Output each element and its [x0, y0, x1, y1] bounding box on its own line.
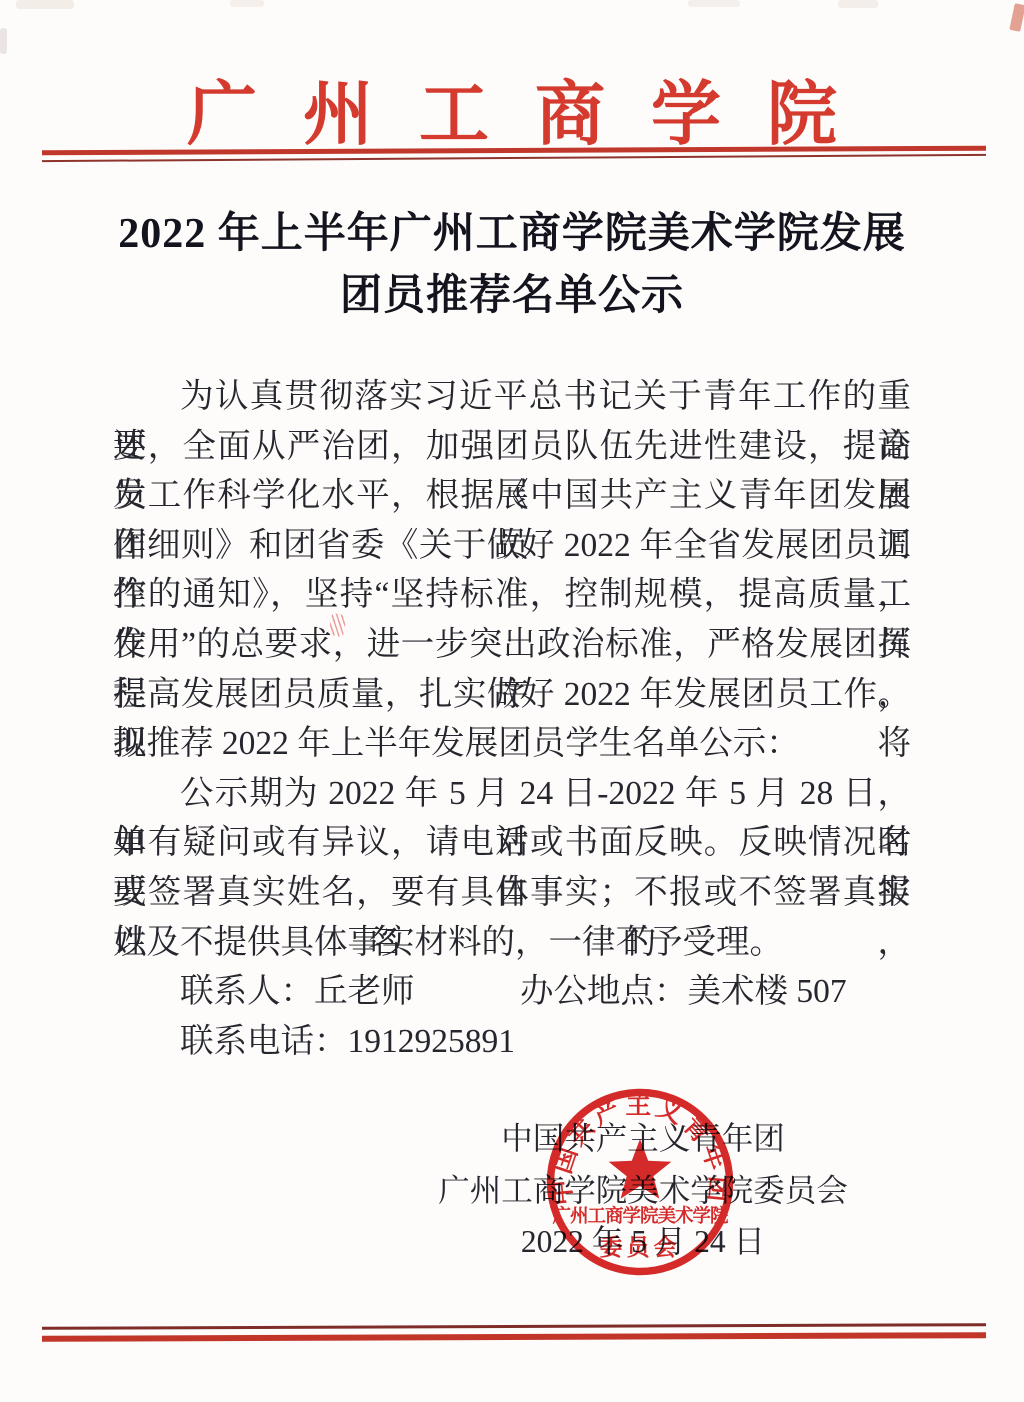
scan-smudge	[838, 0, 878, 8]
official-seal: 中国共产主义青年团 广州工商学院美术学院 委员会	[540, 1082, 740, 1282]
body-line: 员工作科学化水平，根据《中国共产主义青年团发展团员工	[113, 471, 911, 521]
contact-person: 联系人：丘老师	[180, 973, 415, 1010]
body-line: 作细则》和团省委《关于做好 2022 年全省发展团员调控工	[113, 521, 911, 571]
body-line: 提高发展团员质量，扎实做好 2022 年发展团员工作。现将	[113, 670, 911, 720]
scan-smudge	[230, 0, 264, 7]
seal-org-text: 广州工商学院美术学院	[552, 1205, 729, 1227]
contact-line-1: 联系人：丘老师 办公地点：美术楼 507	[113, 967, 911, 1017]
seal-org-text2: 委员会	[600, 1234, 681, 1260]
body-line: 述，全面从严治团，加强团员队伍先进性建设，提高发展团	[113, 422, 911, 472]
body-line: 公示期为 2022 年 5 月 24 日-2022 年 5 月 28 日，如对名	[113, 769, 911, 819]
document-body: 为认真贯彻落实习近平总书记关于青年工作的重要论 述，全面从严治团，加强团员队伍先…	[113, 372, 911, 1066]
footer-rule-thin	[42, 1323, 986, 1329]
scan-smudge	[0, 28, 7, 54]
red-ink-fragment	[1009, 3, 1024, 32]
body-line: 为认真贯彻落实习近平总书记关于青年工作的重要论	[113, 372, 911, 422]
letterhead-title: 广州工商学院	[0, 58, 1024, 159]
scan-smudge	[688, 0, 740, 7]
contact-office: 办公地点：美术楼 507	[520, 967, 847, 1017]
footer-rule-thick	[42, 1332, 986, 1341]
document-title: 2022 年上半年广州工商学院美术学院发展 团员推荐名单公示	[60, 203, 964, 327]
document-title-line1: 2022 年上半年广州工商学院美术学院发展	[60, 203, 964, 265]
document-page: 广州工商学院 2022 年上半年广州工商学院美术学院发展 团员推荐名单公示 为认…	[0, 0, 1024, 1402]
body-line: 单有疑问或有异议，请电话或书面反映。反映情况时要自报	[113, 818, 911, 868]
contact-phone: 联系电话：1912925891	[113, 1017, 911, 1067]
seal-graphic: 中国共产主义青年团 广州工商学院美术学院 委员会	[540, 1082, 740, 1282]
body-line: 或签署真实姓名，要有具体事实；不报或不签署真实姓名的，	[113, 868, 911, 918]
document-title-line2: 团员推荐名单公示	[60, 265, 964, 327]
body-line: 作用”的总要求，进一步突出政治标准，严格发展团员程序，	[113, 620, 911, 670]
seal-star	[609, 1139, 672, 1199]
body-line: 作的通知》，坚持“坚持标准，控制规模，提高质量，发挥	[113, 570, 911, 620]
scan-smudge	[16, 0, 74, 9]
body-line: 拟推荐 2022 年上半年发展团员学生名单公示：	[113, 719, 911, 769]
